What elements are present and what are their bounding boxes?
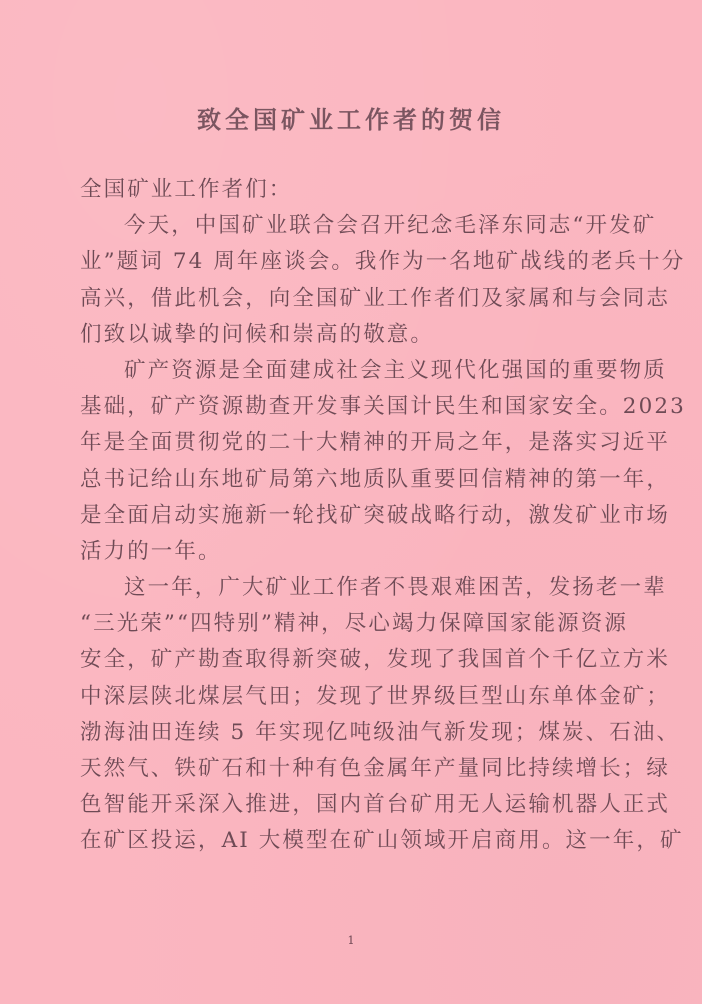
paragraph-2: 矿产资源是全面建成社会主义现代化强国的重要物质 基础，矿产资源勘查开发事关国计民… (80, 353, 626, 570)
letter-page: 致全国矿业工作者的贺信 全国矿业工作者们： 今天，中国矿业联合会召开纪念毛泽东同… (0, 0, 702, 1004)
paragraph-line: 是全面启动实施新一轮找矿突破战略行动，激发矿业市场 (80, 498, 626, 534)
paragraph-3: 这一年，广大矿业工作者不畏艰难困苦，发扬老一辈 “三光荣”“四特别”精神，尽心竭… (80, 570, 626, 860)
paragraph-line: 们致以诚挚的问候和崇高的敬意。 (80, 317, 626, 353)
paragraph-line: 中深层陕北煤层气田；发现了世界级巨型山东单体金矿； (80, 679, 626, 715)
paragraph-line: 渤海油田连续 5 年实现亿吨级油气新发现；煤炭、石油、 (80, 715, 626, 751)
paragraph-line: 在矿区投运，AI 大模型在矿山领域开启商用。这一年，矿 (80, 823, 626, 859)
paragraph-line: 年是全面贯彻党的二十大精神的开局之年，是落实习近平 (80, 425, 626, 461)
paragraph-line: 高兴，借此机会，向全国矿业工作者们及家属和与会同志 (80, 281, 626, 317)
paragraph-line: 色智能开采深入推进，国内首台矿用无人运输机器人正式 (80, 787, 626, 823)
paragraph-line: 这一年，广大矿业工作者不畏艰难困苦，发扬老一辈 (80, 570, 626, 606)
page-number: 1 (0, 934, 702, 947)
paragraph-line: 业”题词 74 周年座谈会。我作为一名地矿战线的老兵十分 (80, 244, 626, 280)
paragraph-1: 今天，中国矿业联合会召开纪念毛泽东同志“开发矿 业”题词 74 周年座谈会。我作… (80, 208, 626, 353)
paragraph-line: 天然气、铁矿石和十种有色金属年产量同比持续增长；绿 (80, 751, 626, 787)
letter-body: 全国矿业工作者们： 今天，中国矿业联合会召开纪念毛泽东同志“开发矿 业”题词 7… (80, 172, 626, 860)
paragraph-line: 总书记给山东地矿局第六地质队重要回信精神的第一年， (80, 462, 626, 498)
paragraph-line: 基础，矿产资源勘查开发事关国计民生和国家安全。2023 (80, 389, 626, 425)
letter-title: 致全国矿业工作者的贺信 (0, 100, 702, 135)
paragraph-line: 矿产资源是全面建成社会主义现代化强国的重要物质 (80, 353, 626, 389)
salutation: 全国矿业工作者们： (80, 172, 626, 208)
paragraph-line: 安全，矿产勘查取得新突破，发现了我国首个千亿立方米 (80, 642, 626, 678)
paragraph-line: “三光荣”“四特别”精神，尽心竭力保障国家能源资源 (80, 606, 626, 642)
paragraph-line: 今天，中国矿业联合会召开纪念毛泽东同志“开发矿 (80, 208, 626, 244)
paragraph-line: 活力的一年。 (80, 534, 626, 570)
